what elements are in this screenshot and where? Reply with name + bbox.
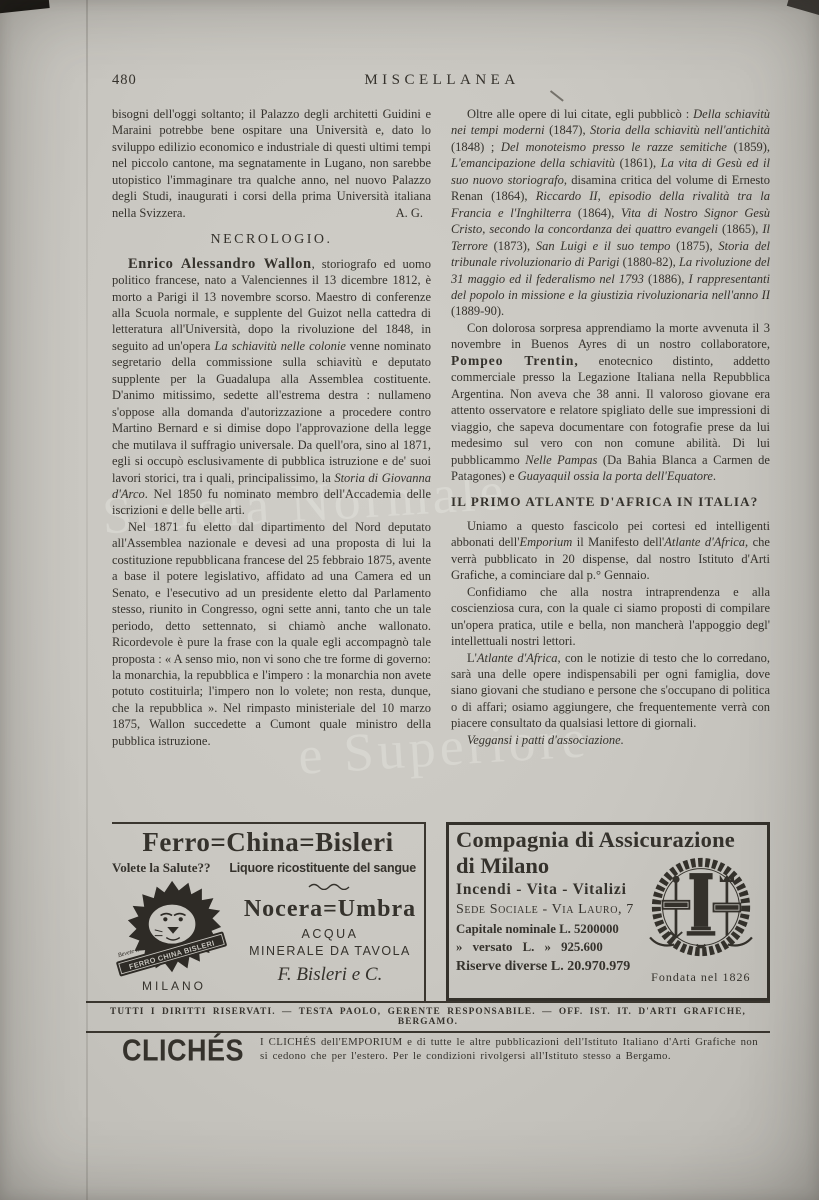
magazine-page-scan: Scuola Normale e Superiore 480 MISCELLAN… <box>0 0 819 1200</box>
paragraph: Enrico Alessandro Wallon, storiografo ed… <box>112 256 431 519</box>
scan-corner-mark <box>787 0 819 17</box>
paragraph: Uniamo a questo fascicolo pei cortesi ed… <box>451 518 770 584</box>
assicurazione-paid: » versato L. » 925.600 <box>456 940 634 955</box>
atlante-heading: IL PRIMO ATLANTE D'AFRICA IN ITALIA? <box>451 494 770 510</box>
section-title: MISCELLANEA <box>148 72 770 89</box>
paragraph: L'Atlante d'Africa, con le notizie di te… <box>451 650 770 732</box>
paragraph: Nel 1871 fu eletto dal dipartimento del … <box>112 519 431 749</box>
minerale-line: MINERALE DA TAVOLA <box>236 944 424 958</box>
cliches-text: I CLICHÉS dell'EMPORIUM e di tutte le al… <box>260 1036 770 1064</box>
paragraph: Con dolorosa sorpresa apprendiamo la mor… <box>451 320 770 485</box>
lion-illustration: Bevete il FERRO CHINA BISLERI <box>112 877 236 977</box>
founded-caption: Fondata nel 1826 <box>634 970 768 985</box>
paper-crease <box>550 90 564 101</box>
text-columns: bisogni dell'oggi soltanto; il Palazzo d… <box>112 106 770 820</box>
acqua-line: ACQUA <box>236 927 424 941</box>
cliches-label: CLICHÉS <box>122 1036 244 1065</box>
assicurazione-reserves: Riserve diverse L. 20.970.979 <box>456 959 634 975</box>
bisleri-tagline-left: Volete la Salute?? <box>112 860 210 876</box>
page-header: 480 MISCELLANEA <box>112 72 770 89</box>
paragraph: bisogni dell'oggi soltanto; il Palazzo d… <box>112 106 431 221</box>
assicurazione-title: Compagnia di Assicurazione <box>456 827 760 853</box>
paragraph: Confidiamo che alla nostra intraprendenz… <box>451 584 770 650</box>
squiggle-divider <box>307 881 353 890</box>
bisleri-tagline-right: Liquore ricostituente del sangue <box>229 861 416 875</box>
bisleri-signature: F. Bisleri e C. <box>236 964 424 986</box>
nocera-umbra-title: Nocera=Umbra <box>236 896 424 923</box>
paragraph: Oltre alle opere di lui citate, egli pub… <box>451 106 770 320</box>
page-number: 480 <box>112 72 148 89</box>
scan-corner-mark <box>0 0 50 14</box>
bisleri-city: MILANO <box>112 979 236 993</box>
necrologio-heading: NECROLOGIO. <box>112 232 431 248</box>
paragraph: Veggansi i patti d'associazione. <box>451 732 770 748</box>
left-column: bisogni dell'oggi soltanto; il Palazzo d… <box>112 106 431 820</box>
right-column: Oltre alle opere di lui citate, egli pub… <box>451 106 770 820</box>
assicurazione-address: Sede Sociale - Via Lauro, 7 <box>456 902 634 918</box>
assicurazione-advertisement: Compagnia di Assicurazione di Milano Inc… <box>446 822 770 1001</box>
bisleri-advertisement: Ferro=China=Bisleri Volete la Salute?? L… <box>112 822 426 1001</box>
assicurazione-capital: Capitale nominale L. 5200000 <box>456 922 634 937</box>
assicurazione-title-line2: di Milano <box>456 853 634 879</box>
cliches-notice: CLICHÉS I CLICHÉS dell'EMPORIUM e di tut… <box>122 1036 770 1064</box>
company-emblem <box>634 855 768 968</box>
assicurazione-services: Incendi - Vita - Vitalizi <box>456 881 634 899</box>
bisleri-ad-title: Ferro=China=Bisleri <box>112 827 424 858</box>
rights-footer-line: TUTTI I DIRITTI RISERVATI. — TESTA PAOLO… <box>86 1001 770 1033</box>
advertisements-row: Ferro=China=Bisleri Volete la Salute?? L… <box>112 822 770 1001</box>
